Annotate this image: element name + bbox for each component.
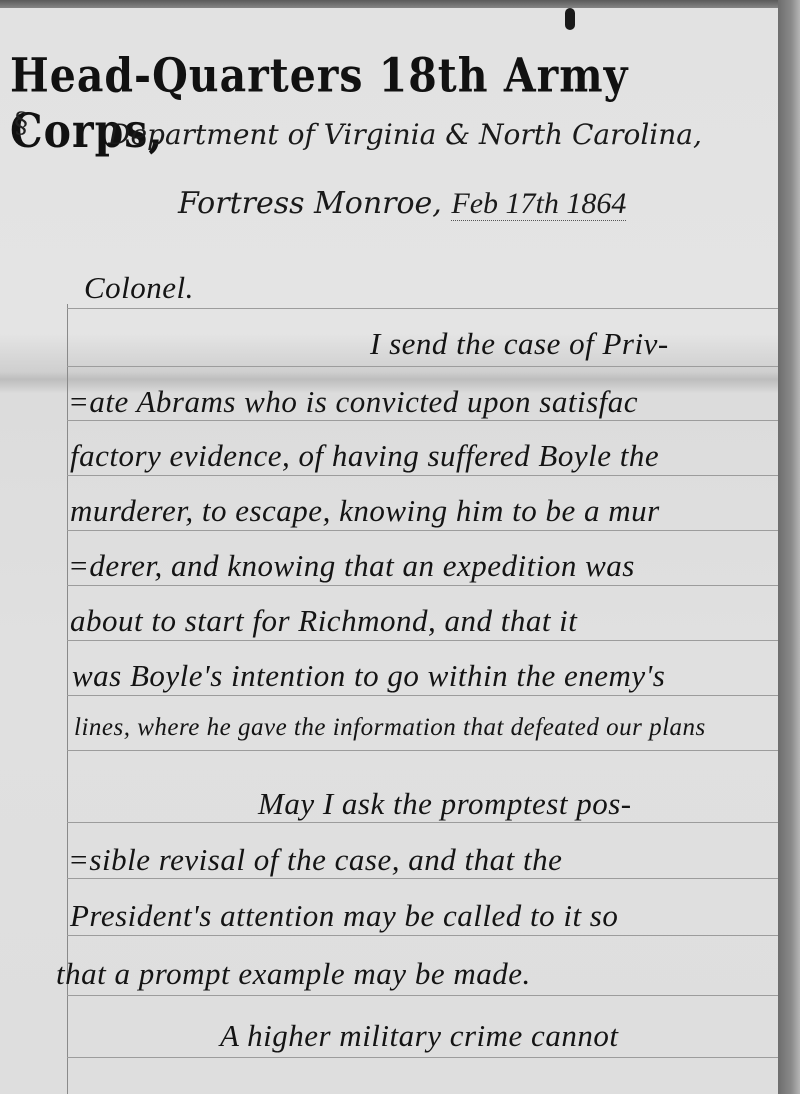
page-right-edge: [778, 0, 800, 1094]
letter-line: May I ask the promptest pos-: [258, 786, 632, 822]
pin-hole: [565, 8, 575, 30]
letter-date: Feb 17th 1864: [451, 187, 626, 221]
letterhead-place-date: Fortress Monroe, Feb 17th 1864: [178, 186, 626, 221]
ruled-line: [67, 935, 778, 936]
letter-line: murderer, to escape, knowing him to be a…: [70, 493, 660, 529]
ruled-line: [67, 995, 778, 996]
ruled-line: [67, 530, 778, 531]
ruled-line: [67, 822, 778, 823]
letter-line: that a prompt example may be made.: [56, 956, 531, 992]
ruled-line: [67, 585, 778, 586]
ruled-line: [67, 640, 778, 641]
ruled-line: [67, 420, 778, 421]
ruled-line: [67, 475, 778, 476]
letter-line: =sible revisal of the case, and that the: [68, 842, 562, 878]
salutation: Colonel.: [84, 270, 194, 306]
letter-line: A higher military crime cannot: [220, 1018, 618, 1054]
ruled-line: [67, 695, 778, 696]
letter-line: =ate Abrams who is convicted upon satisf…: [68, 384, 638, 420]
ruled-line: [67, 878, 778, 879]
letter-line: lines, where he gave the information tha…: [74, 714, 706, 742]
letter-line: factory evidence, of having suffered Boy…: [70, 438, 659, 474]
ruled-line: [67, 308, 778, 309]
letter-line: I send the case of Priv-: [370, 326, 669, 362]
letter-line: was Boyle's intention to go within the e…: [72, 658, 665, 694]
ruled-line: [67, 366, 778, 367]
flourish-ornament: §: [14, 106, 28, 139]
letter-line: President's attention may be called to i…: [70, 898, 618, 934]
letterhead-department: Department of Virginia & North Carolina,: [108, 118, 702, 151]
letter-line: about to start for Richmond, and that it: [70, 603, 577, 639]
letter-line: =derer, and knowing that an expedition w…: [68, 548, 635, 584]
ruled-line: [67, 750, 778, 751]
ruled-line: [67, 1057, 778, 1058]
letterhead-place: Fortress Monroe,: [178, 186, 442, 221]
